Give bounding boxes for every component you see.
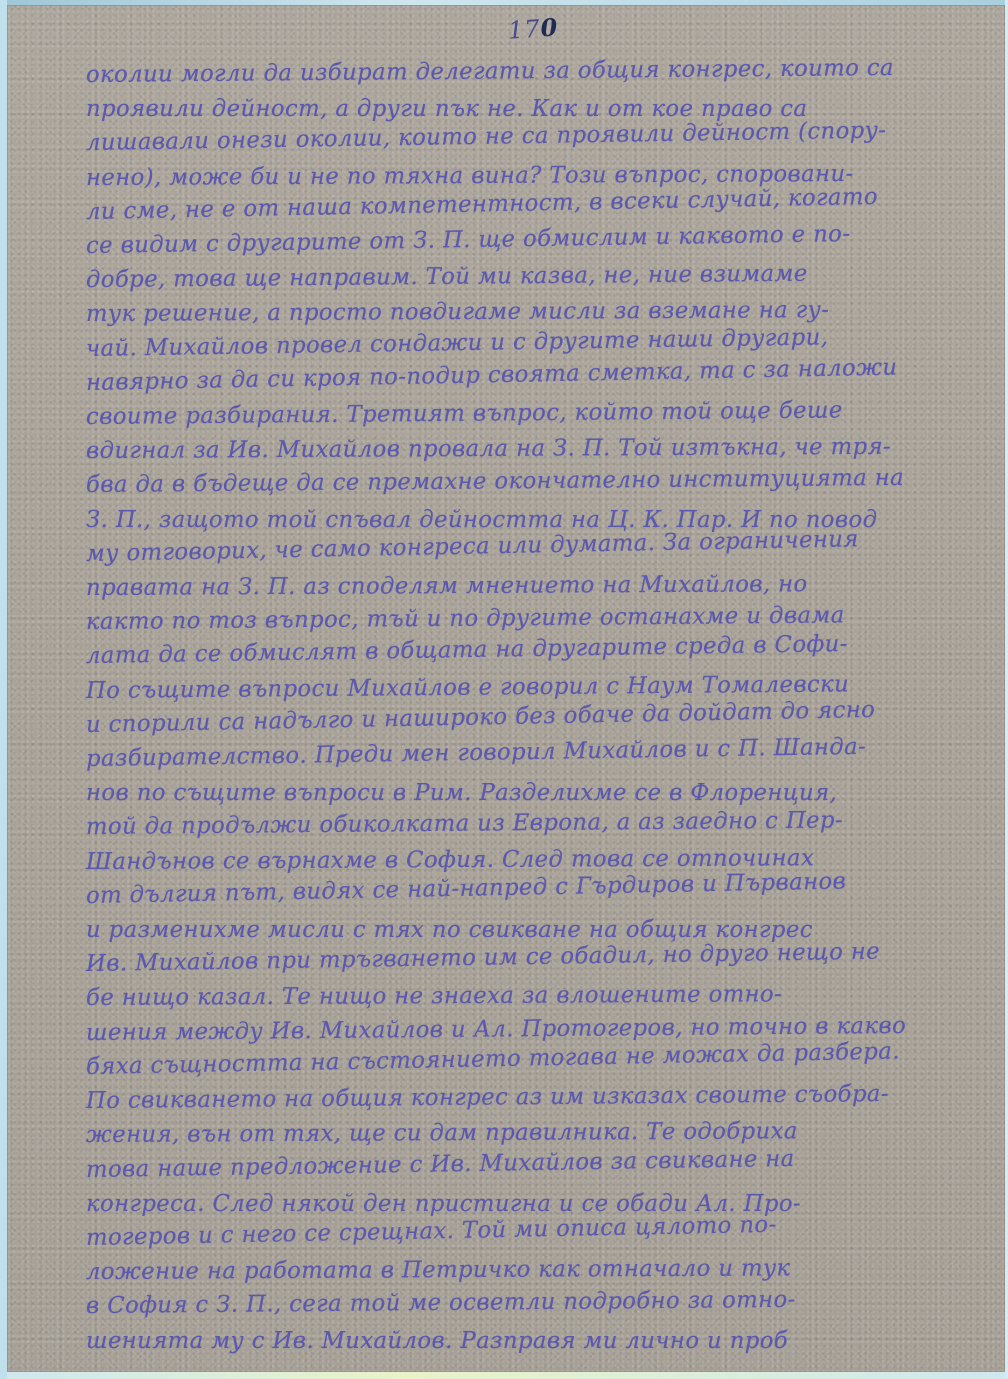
page-number-prefix: 17	[507, 15, 541, 45]
handwritten-line: добре, това ще направим. Той ми казва, н…	[86, 255, 991, 297]
handwritten-line: в София с З. П., сега той ме осветли под…	[86, 1281, 991, 1323]
handwritten-line: околии могли да избират делегати за общи…	[86, 50, 991, 92]
scanner-bottom-edge	[7, 1372, 1005, 1379]
handwritten-line: своите разбирания. Третият въпрос, който…	[86, 392, 991, 434]
page-number: 170	[507, 12, 559, 44]
handwritten-text-body: околии могли да избират делегати за общи…	[86, 58, 1001, 1358]
scanned-page: 170 околии могли да избират делегати за …	[0, 0, 1008, 1379]
handwritten-line: По свикването на общия конгрес аз им изк…	[86, 1076, 991, 1118]
handwritten-line: бва да в бъдеще да се премахне окончател…	[86, 461, 991, 503]
handwritten-line: шенията му с Ив. Михайлов. Разправя ми л…	[86, 1324, 991, 1358]
page-number-overwritten-digit: 0	[540, 12, 560, 42]
handwritten-line: той да продължи обиколката из Европа, а …	[86, 803, 991, 845]
